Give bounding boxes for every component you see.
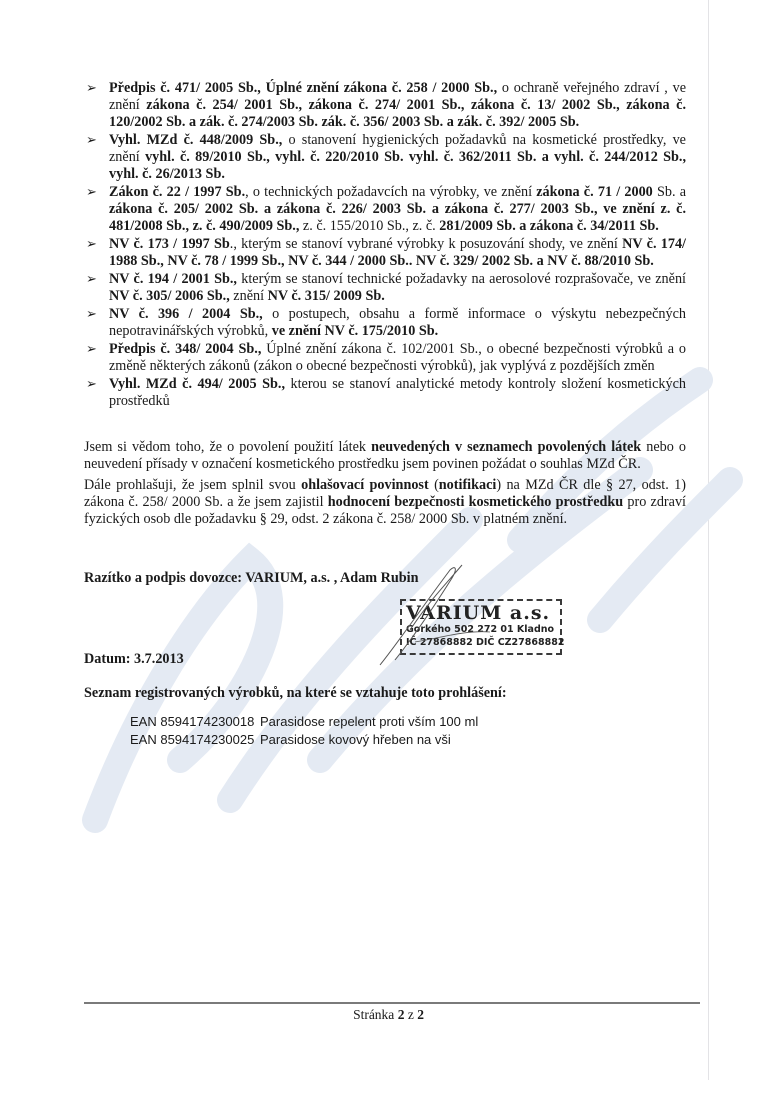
regulation-item: ➢Vyhl. MZd č. 448/2009 Sb., o stanovení … — [84, 132, 686, 183]
arrow-bullet-icon: ➢ — [86, 132, 97, 149]
page-edge — [708, 0, 709, 1080]
arrow-bullet-icon: ➢ — [86, 306, 97, 323]
arrow-bullet-icon: ➢ — [86, 271, 97, 288]
arrow-bullet-icon: ➢ — [86, 341, 97, 358]
product-name: Parasidose repelent proti vším 100 ml — [260, 714, 478, 729]
paragraph-notification: Dále prohlašuji, že jsem splnil svou ohl… — [84, 477, 686, 528]
date-line: Datum: 3.7.2013 — [84, 651, 184, 668]
arrow-bullet-icon: ➢ — [86, 80, 97, 97]
footer-divider — [84, 1002, 700, 1004]
product-name: Parasidose kovový hřeben na vši — [260, 732, 451, 747]
regulation-item: ➢Vyhl. MZd č. 494/ 2005 Sb., kterou se s… — [84, 376, 686, 410]
product-row: EAN 8594174230018Parasidose repelent pro… — [130, 713, 478, 731]
importer-signature-line: Razítko a podpis dovozce: VARIUM, a.s. ,… — [84, 570, 419, 587]
regulation-item: ➢Zákon č. 22 / 1997 Sb., o technických p… — [84, 184, 686, 235]
product-ean: EAN 8594174230018 — [130, 713, 260, 731]
page-footer: Stránka 2 z 2 — [0, 1007, 777, 1023]
products-heading: Seznam registrovaných výrobků, na které … — [84, 685, 507, 702]
total-pages: 2 — [417, 1007, 424, 1022]
product-ean: EAN 8594174230025 — [130, 731, 260, 749]
regulation-item: ➢Předpis č. 348/ 2004 Sb., Úplné znění z… — [84, 341, 686, 375]
arrow-bullet-icon: ➢ — [86, 184, 97, 201]
product-row: EAN 8594174230025Parasidose kovový hřebe… — [130, 731, 478, 749]
document-body: ➢Předpis č. 471/ 2005 Sb., Úplné znění z… — [84, 80, 686, 528]
paragraph-approval: Jsem si vědom toho, že o povolení použit… — [84, 439, 686, 473]
product-list: EAN 8594174230018Parasidose repelent pro… — [130, 713, 478, 749]
arrow-bullet-icon: ➢ — [86, 236, 97, 253]
arrow-bullet-icon: ➢ — [86, 376, 97, 393]
handwritten-signature — [370, 560, 490, 670]
regulation-item: ➢NV č. 194 / 2001 Sb., kterým se stanoví… — [84, 271, 686, 305]
regulation-list: ➢Předpis č. 471/ 2005 Sb., Úplné znění z… — [84, 80, 686, 410]
regulation-item: ➢NV č. 396 / 2004 Sb., o postupech, obsa… — [84, 306, 686, 340]
regulation-item: ➢NV č. 173 / 1997 Sb., kterým se stanoví… — [84, 236, 686, 270]
regulation-item: ➢Předpis č. 471/ 2005 Sb., Úplné znění z… — [84, 80, 686, 131]
